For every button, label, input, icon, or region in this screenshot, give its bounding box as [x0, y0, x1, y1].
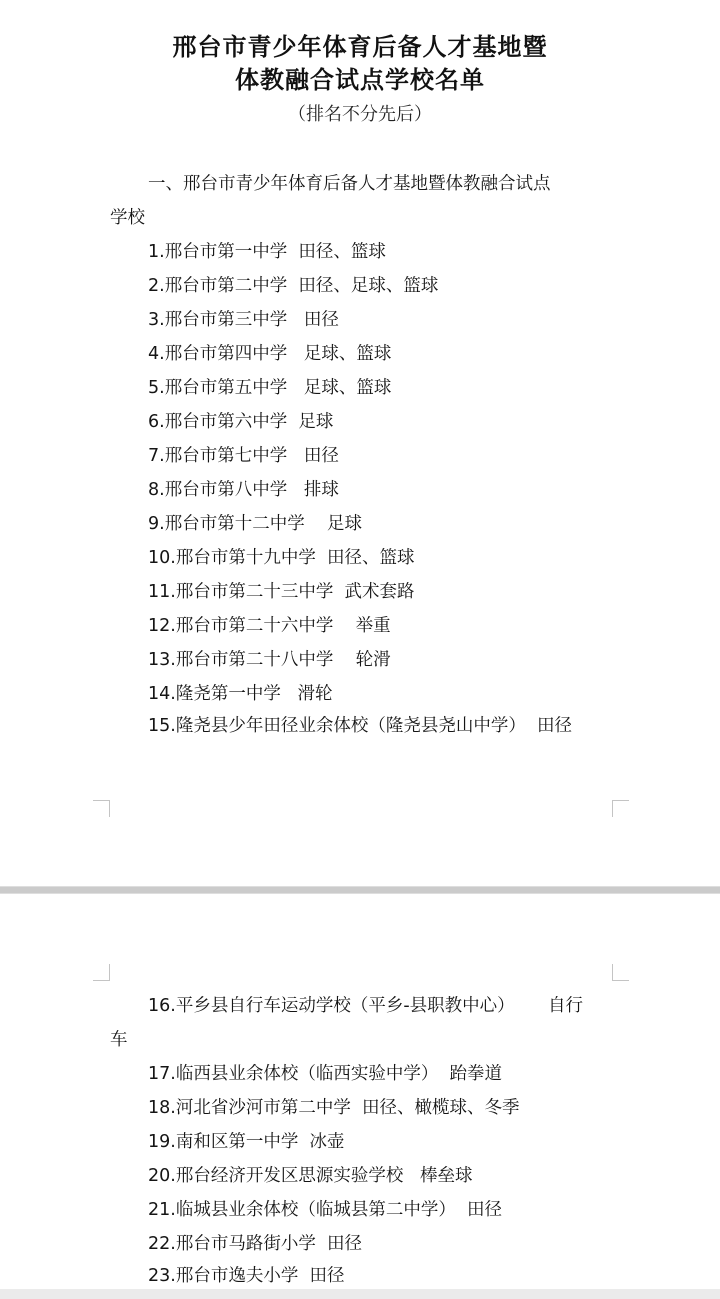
list-item: 9.邢台市第十二中学 足球 — [148, 510, 362, 535]
list-item: 21.临城县业余体校（临城县第二中学） 田径 — [148, 1196, 502, 1221]
list-item: 22.邢台市马路街小学 田径 — [148, 1230, 362, 1255]
list-item: 14.隆尧第一中学 滑轮 — [148, 680, 333, 705]
list-item: 8.邢台市第八中学 排球 — [148, 476, 339, 501]
list-item: 13.邢台市第二十八中学 轮滑 — [148, 646, 391, 671]
list-item: 18.河北省沙河市第二中学 田径、橄榄球、冬季 — [148, 1094, 519, 1119]
page-corner-mark-top-right — [612, 964, 629, 981]
list-item-wrap: 车 — [110, 1026, 128, 1051]
document-page-2: 16.平乡县自行车运动学校（平乡-县职教中心） 自行 车 17.临西县业余体校（… — [0, 894, 720, 1289]
page-corner-mark-bottom-right — [612, 800, 629, 817]
list-item: 17.临西县业余体校（临西实验中学） 跆拳道 — [148, 1060, 502, 1085]
list-item: 5.邢台市第五中学 足球、篮球 — [148, 374, 391, 399]
page-corner-mark-bottom-left — [93, 800, 110, 817]
list-item: 1.邢台市第一中学 田径、篮球 — [148, 238, 386, 263]
list-item: 12.邢台市第二十六中学 举重 — [148, 612, 391, 637]
list-item: 3.邢台市第三中学 田径 — [148, 306, 339, 331]
list-item: 16.平乡县自行车运动学校（平乡-县职教中心） 自行 — [148, 992, 583, 1017]
list-item: 10.邢台市第十九中学 田径、篮球 — [148, 544, 414, 569]
list-item: 20.邢台经济开发区思源实验学校 棒垒球 — [148, 1162, 473, 1187]
page-corner-mark-top-left — [93, 964, 110, 981]
list-item: 23.邢台市逸夫小学 田径 — [148, 1262, 344, 1287]
list-item: 2.邢台市第二中学 田径、足球、篮球 — [148, 272, 438, 297]
list-item: 6.邢台市第六中学 足球 — [148, 408, 333, 433]
list-item: 15.隆尧县少年田径业余体校（隆尧县尧山中学） 田径 — [148, 712, 572, 737]
section-heading-line-2: 学校 — [110, 204, 145, 229]
list-item: 11.邢台市第二十三中学 武术套路 — [148, 578, 414, 603]
viewer-bottom-gutter — [0, 1289, 720, 1299]
list-item: 4.邢台市第四中学 足球、篮球 — [148, 340, 391, 365]
section-heading-line-1: 一、邢台市青少年体育后备人才基地暨体教融合试点 — [148, 170, 551, 195]
list-item: 19.南和区第一中学 冰壶 — [148, 1128, 344, 1153]
document-title-line-1: 邢台市青少年体育后备人才基地暨 — [0, 27, 720, 62]
document-subtitle: （排名不分先后） — [0, 100, 720, 126]
list-item: 7.邢台市第七中学 田径 — [148, 442, 339, 467]
document-page-1: 邢台市青少年体育后备人才基地暨 体教融合试点学校名单 （排名不分先后） 一、邢台… — [0, 0, 720, 886]
document-title-line-2: 体教融合试点学校名单 — [0, 60, 720, 95]
page-separator — [0, 886, 720, 894]
